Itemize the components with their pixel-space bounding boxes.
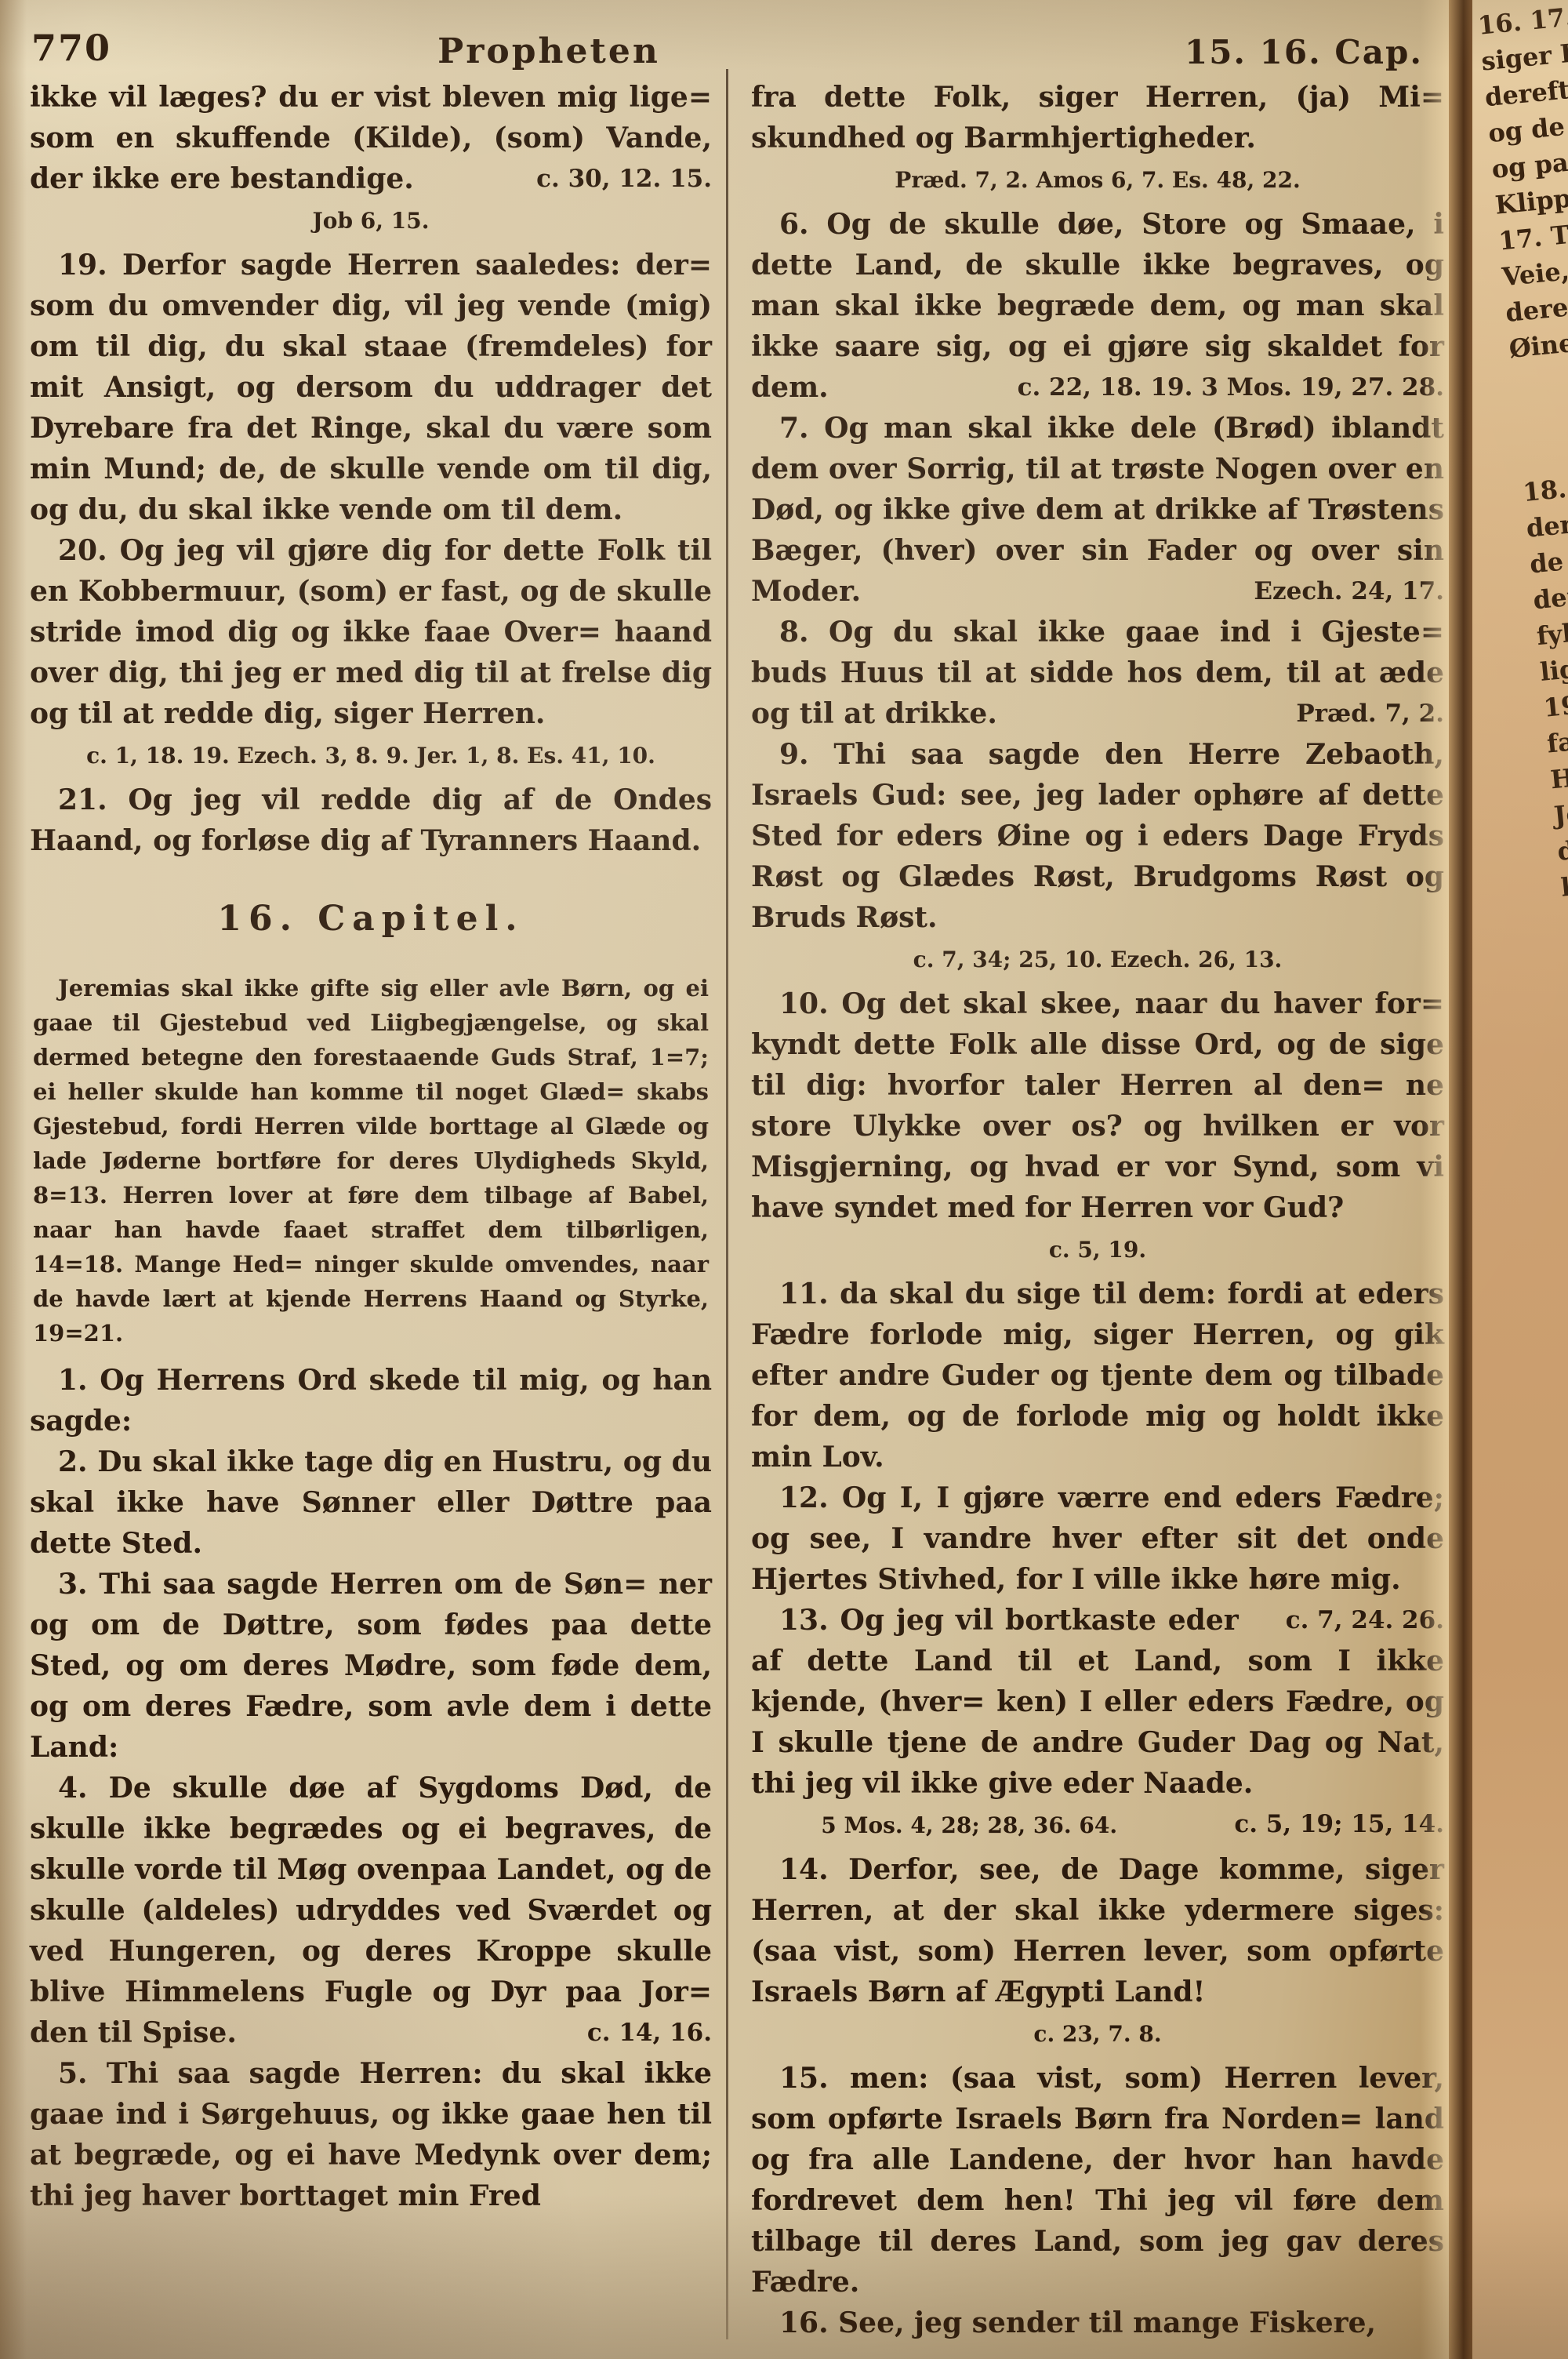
reference-line: c. 23, 7. 8. [751,2017,1444,2052]
verse-reference: c. 14, 16. [540,2012,712,2053]
left-text-column: ikke vil læges? du er vist bleven mig li… [30,77,712,2216]
reference-line: c. 1, 18. 19. Ezech. 3, 8. 9. Jer. 1, 8.… [30,739,712,773]
chapter-heading: 16. Capitel. [30,899,712,940]
chapter-summary: Jeremias skal ikke gifte sig eller avle … [33,971,709,1350]
right-text-column: fra dette Folk, siger Herren, (ja) Mi= s… [751,77,1444,2343]
verse-reference: c. 22, 18. 19. 3 Mos. 19, 27. 28. [971,367,1444,408]
verse-reference: c. 7, 24. 26. [1239,1600,1444,1641]
reference-line: Præd. 7, 2. Amos 6, 7. Es. 48, 22. [751,163,1444,198]
verse-paragraph: 5. Thi saa sagde Herren: du skal ikke ga… [30,2053,712,2216]
verse-reference: Ezech. 24, 17. [1207,571,1444,612]
book-page-photo: 770 Propheten 15. 16. Cap. ikke vil læge… [0,0,1568,2359]
verse-paragraph: 9. Thi saa sagde den Herre Zebaoth, Isra… [751,734,1444,938]
verse-continuation: ikke vil læges? du er vist bleven mig li… [30,77,712,199]
verse-reference: c. 5, 19; 15, 14. [1187,1804,1444,1845]
verse-paragraph: 4. De skulle døe af Sygdoms Død, de skul… [30,1768,712,2053]
verse-paragraph: 8. Og du skal ikke gaae ind i Gjeste= bu… [751,612,1444,734]
next-page-text: 16. 17. Cap.siger Herrenderefter vilog d… [1476,0,1568,2198]
verse-paragraph: 1. Og Herrens Ord skede til mig, og han … [30,1360,712,1441]
verse-paragraph: 6. Og de skulle døe, Store og Smaae, i d… [751,204,1444,408]
verse-paragraph: 2. Du skal ikke tage dig en Hustru, og d… [30,1441,712,1564]
page-number: 770 [31,27,111,69]
verse-paragraph: 21. Og jeg vil redde dig af de Ondes Haa… [30,780,712,861]
verse-paragraph: 14. Derfor, see, de Dage komme, siger He… [751,1849,1444,2012]
column-divider-rule [726,69,728,2339]
verse-paragraph: 11. da skal du sige til dem: fordi at ed… [751,1274,1444,1478]
reference-line: c. 7, 34; 25, 10. Ezech. 26, 13. [751,943,1444,977]
reference-line: Job 6, 15. [30,204,712,238]
verse-reference: c. 30, 12. 15. [517,158,712,199]
verse-paragraph: 16. See, jeg sender til mange Fiskere, [751,2303,1444,2343]
verse-paragraph: 19. Derfor sagde Herren saaledes: der= s… [30,245,712,530]
verse-paragraph: 3. Thi saa sagde Herren om de Søn= ner o… [30,1564,712,1768]
gutter-shadow [1449,0,1475,2359]
verse-paragraph: 10. Og det skal skee, naar du haver for=… [751,983,1444,1228]
reference-line: c. 5, 19. [751,1233,1444,1267]
verse-paragraph: 7. Og man skal ikke dele (Brød) iblandt … [751,408,1444,612]
running-title: Propheten [329,31,768,71]
chapter-running-header: 15. 16. Cap. [1121,33,1423,71]
verse-continuation: fra dette Folk, siger Herren, (ja) Mi= s… [751,77,1444,158]
verse-paragraph: 12. Og I, I gjøre værre end eders Fædre;… [751,1478,1444,1600]
next-page-edge: 16. 17. Cap.siger Herrenderefter vilog d… [1472,0,1568,2359]
verse-reference: Præd. 7, 2. [1249,693,1444,734]
verse-paragraph: 20. Og jeg vil gjøre dig for dette Folk … [30,530,712,734]
verse-paragraph: 15. men: (saa vist, som) Herren lever, s… [751,2058,1444,2303]
page-left-edge-shading [0,0,27,2359]
